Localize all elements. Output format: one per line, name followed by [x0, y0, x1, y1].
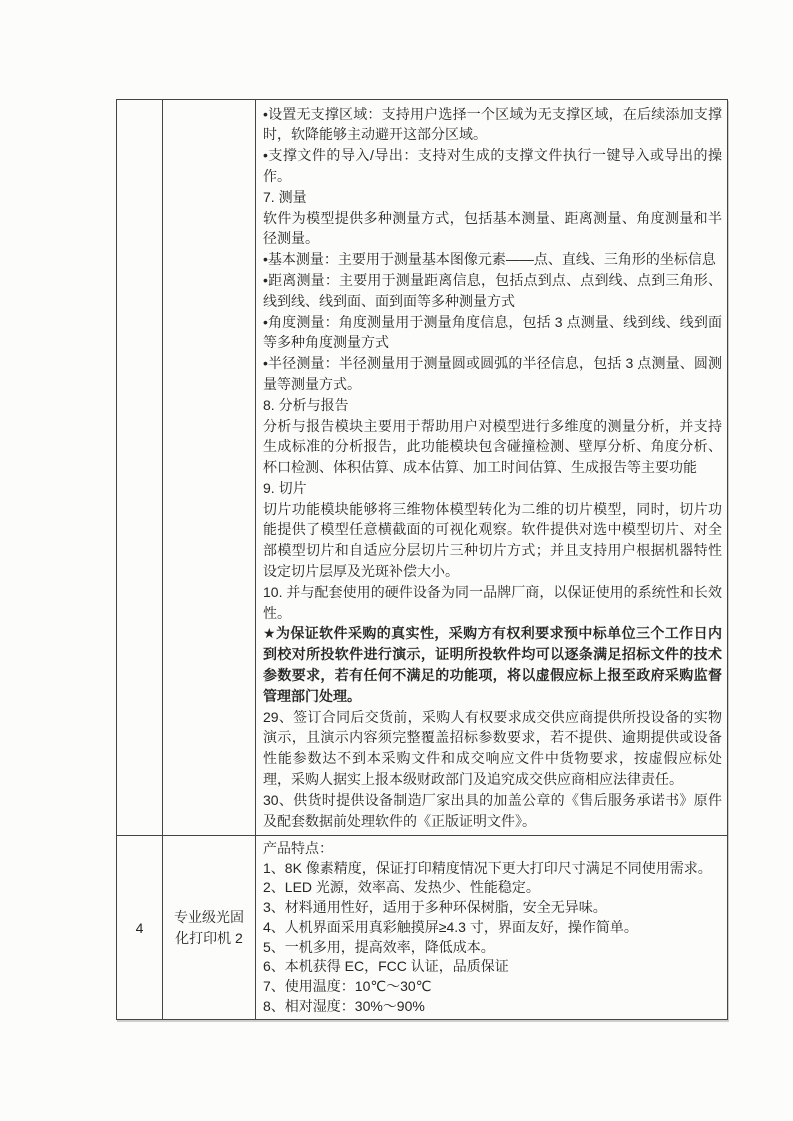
spec-paragraph: 8. 分析与报告: [263, 395, 722, 416]
spec-table: •设置无支撑区域：支持用户选择一个区域为无支撑区域，在后续添加支撑时，软降能够主…: [116, 99, 728, 1020]
spec-paragraph: 6、本机获得 EC，FCC 认证，品质保证: [263, 957, 722, 977]
spec-paragraph: 10. 并与配套使用的硬件设备为同一品牌厂商，以保证使用的系统性和长效性。: [263, 582, 722, 624]
spec-paragraph: •设置无支撑区域：支持用户选择一个区域为无支撑区域，在后续添加支撑时，软降能够主…: [263, 104, 722, 146]
spec-paragraph: 4、人机界面采用真彩触摸屏≥4.3 寸，界面友好，操作简单。: [263, 918, 722, 938]
spec-paragraph: 5、一机多用，提高效率，降低成本。: [263, 938, 722, 958]
spec-paragraph: 7、使用温度：10℃～30℃: [263, 977, 722, 997]
item-name-cell: 专业级光固化打印机 2: [163, 836, 256, 1020]
table-row-item-4: 4 专业级光固化打印机 2 产品特点：1、8K 像素精度，保证打印精度情况下更大…: [117, 836, 728, 1020]
spec-paragraph: •距离测量：主要用于测量距离信息，包括点到点、点到线、点到三角形、线到线、线到面…: [263, 270, 722, 312]
row-number-cell: 4: [117, 836, 163, 1020]
document-page: •设置无支撑区域：支持用户选择一个区域为无支撑区域，在后续添加支撑时，软降能够主…: [0, 0, 793, 1121]
table-row-continuation: •设置无支撑区域：支持用户选择一个区域为无支撑区域，在后续添加支撑时，软降能够主…: [117, 100, 728, 836]
spec-paragraph: 2、LED 光源，效率高、发热少、性能稳定。: [263, 878, 722, 898]
spec-paragraph: 3、材料通用性好，适用于多种环保树脂，安全无异味。: [263, 898, 722, 918]
spec-paragraph: 分析与报告模块主要用于帮助用户对模型进行多维度的测量分析，并支持生成标准的分析报…: [263, 416, 722, 478]
item-name-cell: [163, 100, 256, 836]
item-details-cell: •设置无支撑区域：支持用户选择一个区域为无支撑区域，在后续添加支撑时，软降能够主…: [256, 100, 728, 836]
spec-paragraph: 8、相对湿度：30%～90%: [263, 997, 722, 1017]
spec-paragraph: ★为保证软件采购的真实性，采购方有权利要求预中标单位三个工作日内到校对所投软件进…: [263, 623, 722, 706]
spec-paragraph: 29、签订合同后交货前，采购人有权要求成交供应商提供所投设备的实物演示，且演示内…: [263, 707, 722, 790]
spec-paragraph: •角度测量：角度测量用于测量角度信息，包括 3 点测量、线到线、线到面等多种角度…: [263, 312, 722, 354]
spec-paragraph: 30、供货时提供设备制造厂家出具的加盖公章的《售后服务承诺书》原件及配套数据前处…: [263, 790, 722, 832]
spec-paragraph: •基本测量：主要用于测量基本图像元素——点、直线、三角形的坐标信息: [263, 249, 722, 270]
spec-paragraph: 软件为模型提供多种测量方式，包括基本测量、距离测量、角度测量和半径测量。: [263, 208, 722, 250]
spec-paragraph: •半径测量：半径测量用于测量圆或圆弧的半径信息，包括 3 点测量、圆测量等测量方…: [263, 353, 722, 395]
spec-paragraph: 7. 测量: [263, 187, 722, 208]
row-number-cell: [117, 100, 163, 836]
item-details-cell: 产品特点：1、8K 像素精度，保证打印精度情况下更大打印尺寸满足不同使用需求。2…: [256, 836, 728, 1020]
spec-paragraph: 1、8K 像素精度，保证打印精度情况下更大打印尺寸满足不同使用需求。: [263, 859, 722, 879]
spec-paragraph: 9. 切片: [263, 478, 722, 499]
spec-paragraph: •支撑文件的导入/导出：支持对生成的支撑文件执行一键导入或导出的操作。: [263, 145, 722, 187]
spec-paragraph: 切片功能模块能够将三维物体模型转化为二维的切片模型，同时，切片功能提供了模型任意…: [263, 499, 722, 582]
spec-paragraph: 产品特点：: [263, 839, 722, 859]
